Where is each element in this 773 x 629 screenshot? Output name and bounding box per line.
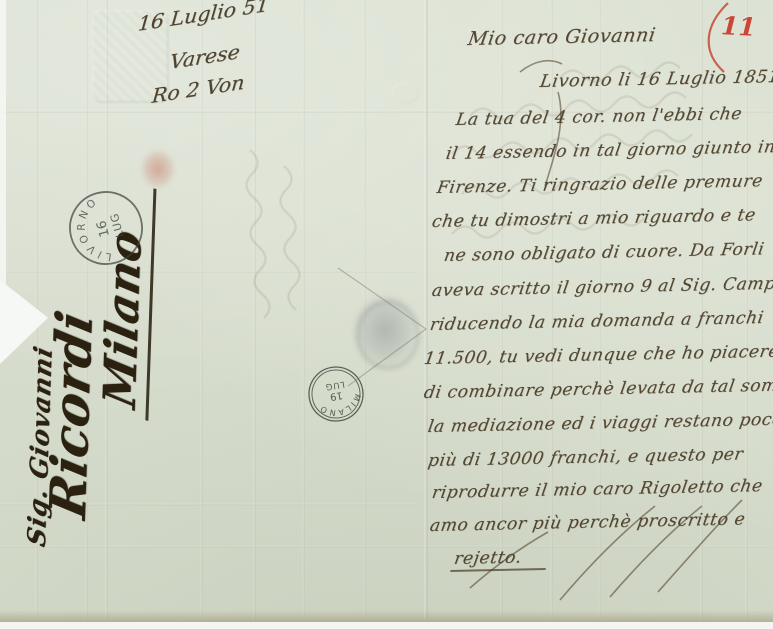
fold-crease (302, 0, 305, 619)
wax-seal-ring (356, 300, 420, 370)
fold-crease (253, 0, 256, 619)
postmark-milano: MILANO 19 LUG (302, 360, 371, 429)
center-fold-crease (424, 0, 428, 619)
paper-bottom-edge-shadow (0, 610, 773, 622)
red-filing-number: 11 (720, 11, 756, 42)
postmark-day: 19 (329, 389, 343, 402)
letter-closing-word: rejetto. (450, 547, 549, 572)
letter-scan-page: 16 Luglio 51 Varese Ro 2 Von 11 Sig. Gio… (0, 0, 773, 629)
address-city: Milano (93, 129, 155, 420)
paper-left-edge (0, 0, 6, 298)
paper-bottom-edge (0, 622, 773, 629)
postmark-month: LUG (324, 379, 345, 392)
letter-salutation: Mio caro Giovanni (466, 24, 657, 50)
embossed-mark (392, 82, 418, 102)
